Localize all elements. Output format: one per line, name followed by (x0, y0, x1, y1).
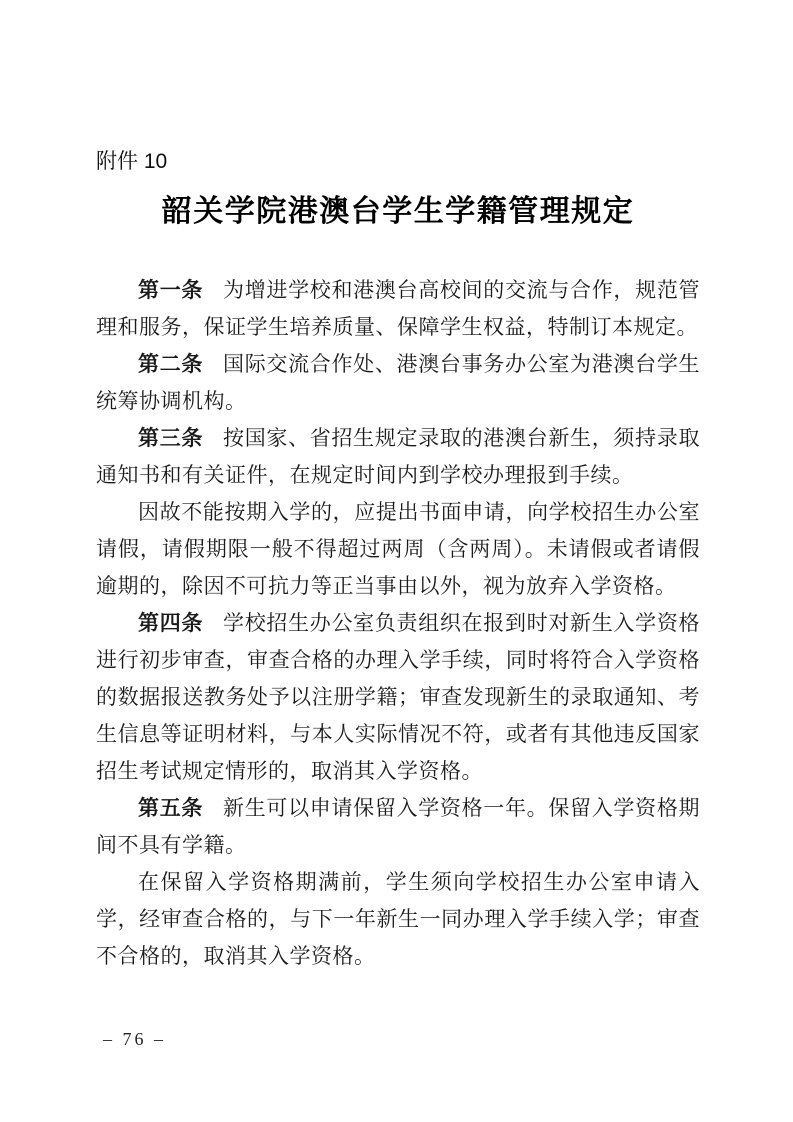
document-page: 附件 10 韶关学院港澳台学生学籍管理规定 第一条为增进学校和港澳台高校间的交流… (0, 0, 793, 1122)
paragraph-text: 学校招生办公室负责组织在报到时对新生入学资格进行初步审查，审查合格的办理入学手续… (96, 611, 700, 783)
clause-label: 第三条 (138, 426, 203, 450)
page-number: – 76 – (103, 1029, 166, 1050)
paragraph-continuation-2: 在保留入学资格期满前，学生须向学校招生办公室申请入学，经审查合格的，与下一年新生… (96, 864, 700, 975)
paragraph-clause-3: 第三条按国家、省招生规定录取的港澳台新生，须持录取通知书和有关证件，在规定时间内… (96, 420, 700, 494)
paragraph-clause-2: 第二条国际交流合作处、港澳台事务办公室为港澳台学生统筹协调机构。 (96, 346, 700, 420)
clause-label: 第四条 (138, 611, 203, 635)
paragraph-clause-4: 第四条学校招生办公室负责组织在报到时对新生入学资格进行初步审查，审查合格的办理入… (96, 605, 700, 790)
clause-label: 第五条 (138, 796, 203, 820)
paragraph-clause-1: 第一条为增进学校和港澳台高校间的交流与合作，规范管理和服务，保证学生培养质量、保… (96, 272, 700, 346)
paragraph-text: 因故不能按期入学的，应提出书面申请，向学校招生办公室请假，请假期限一般不得超过两… (96, 500, 700, 598)
paragraph-text: 在保留入学资格期满前，学生须向学校招生办公室申请入学，经审查合格的，与下一年新生… (96, 870, 700, 968)
paragraph-continuation-1: 因故不能按期入学的，应提出书面申请，向学校招生办公室请假，请假期限一般不得超过两… (96, 494, 700, 605)
document-body: 第一条为增进学校和港澳台高校间的交流与合作，规范管理和服务，保证学生培养质量、保… (96, 272, 700, 975)
clause-label: 第一条 (138, 278, 203, 302)
attachment-label: 附件 10 (96, 145, 167, 175)
paragraph-clause-5: 第五条新生可以申请保留入学资格一年。保留入学资格期间不具有学籍。 (96, 790, 700, 864)
clause-label: 第二条 (138, 352, 203, 376)
document-title: 韶关学院港澳台学生学籍管理规定 (96, 186, 700, 230)
